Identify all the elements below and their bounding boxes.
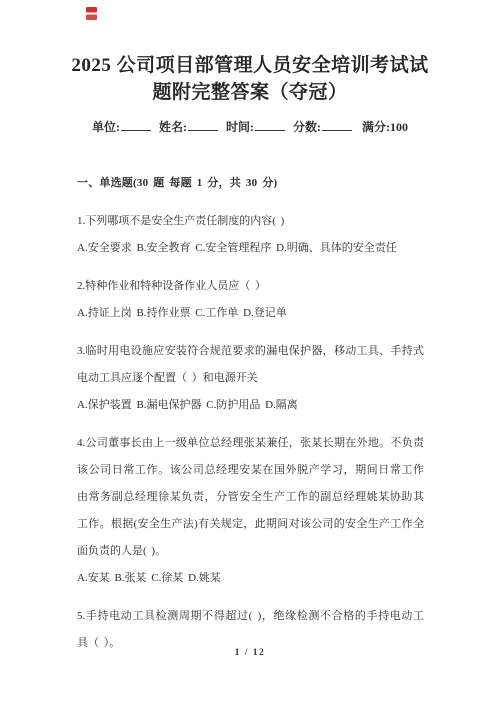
question-block-4: 4.公司董事长由上一级单位总经理张某兼任，张某长期在外地。不负责该公司日常工作。…: [77, 430, 424, 592]
section-header: 一、单选题(30 题 每题 1 分，共 30 分): [77, 170, 424, 197]
question-block-1: 1.下列哪项不是安全生产责任制度的内容( )A.安全要求 B.安全教育 C.安全…: [77, 208, 424, 262]
full-score-label: 满分:100: [362, 120, 408, 134]
info-field-label-3: 分数:: [293, 120, 321, 134]
question-4-line-3: 由常务副总经理徐某负责，分管安全生产工作的副总经理姚某协助其: [77, 484, 424, 511]
candidate-info-line: 单位:姓名:时间:分数:满分:100: [0, 118, 500, 135]
info-field-label-2: 时间:: [226, 120, 254, 134]
red-seal-mark-icon: [85, 6, 98, 21]
title-line-1: 2025 公司项目部管理人员安全培训考试试: [71, 55, 428, 76]
info-field-blank-1[interactable]: [188, 120, 218, 131]
question-4-line-1: 4.公司董事长由上一级单位总经理张某兼任，张某长期在外地。不负责: [77, 430, 424, 457]
question-1-line-1: 1.下列哪项不是安全生产责任制度的内容( ): [77, 208, 424, 235]
info-field-label-0: 单位:: [92, 120, 120, 134]
question-4-line-4: 工作。根据(安全生产法)有关规定，此期间对该公司的安全生产工作全: [77, 511, 424, 538]
question-list: 1.下列哪项不是安全生产责任制度的内容( )A.安全要求 B.安全教育 C.安全…: [77, 208, 424, 657]
exam-content: 一、单选题(30 题 每题 1 分，共 30 分) 1.下列哪项不是安全生产责任…: [77, 170, 424, 657]
page-number-footer: 1 / 12: [0, 648, 500, 658]
question-5-line-1: 5.手持电动工具检测周期不得超过( )，绝缘检测不合格的手持电动工: [77, 603, 424, 630]
title-line-2: 题附完整答案（夺冠）: [152, 82, 347, 103]
question-3-line-1: 3.临时用电设施应安装符合规范要求的漏电保护器，移动工具、手持式: [77, 338, 424, 365]
info-field-blank-0[interactable]: [121, 120, 151, 131]
question-1-options-line: A.安全要求 B.安全教育 C.安全管理程序 D.明确、具体的安全责任: [77, 235, 424, 262]
question-3-options-line: A.保护装置 B.漏电保护器 C.防护用品 D.隔离: [77, 392, 424, 419]
question-2-line-1: 2.特种作业和特种设备作业人员应（ ）: [77, 273, 424, 300]
document-title: 2025 公司项目部管理人员安全培训考试试题附完整答案（夺冠）: [55, 52, 445, 106]
question-3-line-2: 电动工具应逐个配置（ ）和电源开关: [77, 365, 424, 392]
question-4-line-2: 该公司日常工作。该公司总经理安某在国外脱产学习，期间日常工作: [77, 457, 424, 484]
exam-document-page: 2025 公司项目部管理人员安全培训考试试题附完整答案（夺冠） 单位:姓名:时间…: [0, 0, 500, 707]
question-block-2: 2.特种作业和特种设备作业人员应（ ）A.持证上岗 B.持作业票 C.工作单 D…: [77, 273, 424, 327]
question-2-options-line: A.持证上岗 B.持作业票 C.工作单 D.登记单: [77, 300, 424, 327]
info-field-blank-3[interactable]: [322, 120, 352, 131]
question-4-options-line: A.安某 B.张某 C.徐某 D.姚某: [77, 565, 424, 592]
question-block-3: 3.临时用电设施应安装符合规范要求的漏电保护器，移动工具、手持式电动工具应逐个配…: [77, 338, 424, 419]
info-field-blank-2[interactable]: [255, 120, 285, 131]
info-field-label-1: 姓名:: [159, 120, 187, 134]
question-4-line-5: 面负责的人是( )。: [77, 538, 424, 565]
